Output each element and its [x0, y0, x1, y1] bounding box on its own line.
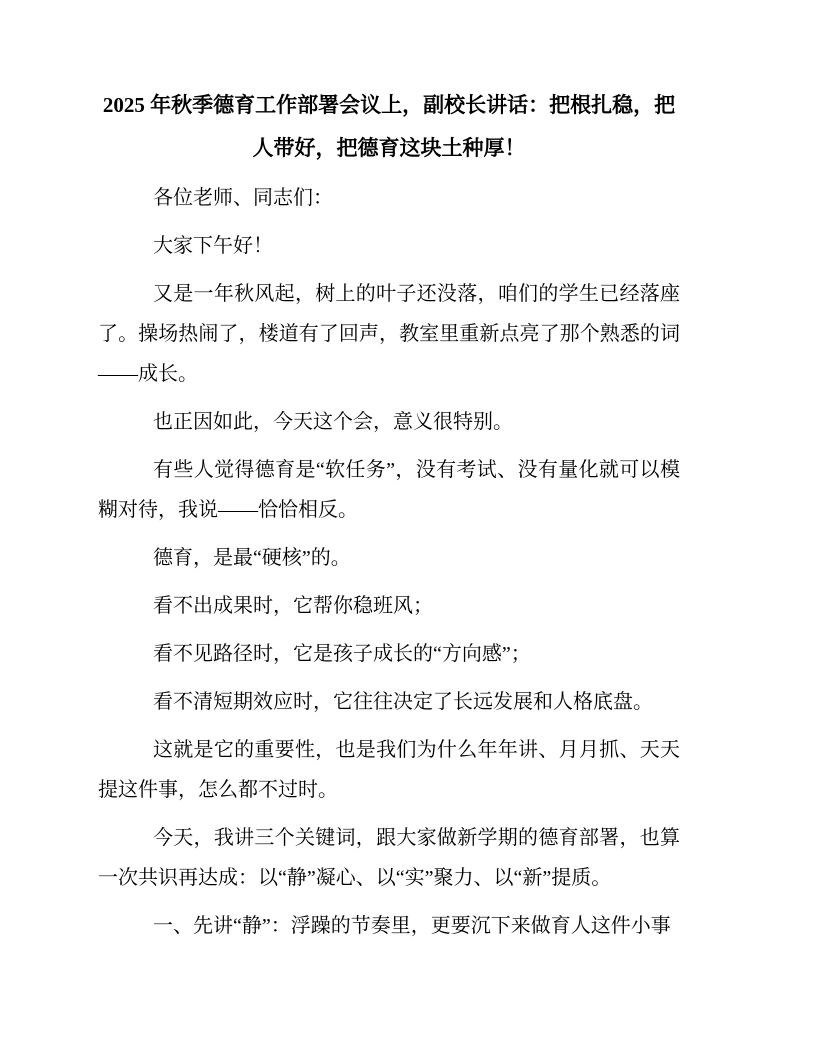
paragraph-salutation: 各位老师、同志们： [98, 178, 680, 218]
paragraph: 看不见路径时，它是孩子成长的“方向感”； [98, 634, 680, 674]
paragraph: 今天，我讲三个关键词，跟大家做新学期的德育部署，也算一次共识再达成：以“静”凝心… [98, 818, 680, 898]
paragraph: 这就是它的重要性，也是我们为什么年年讲、月月抓、天天提这件事，怎么都不过时。 [98, 730, 680, 810]
paragraph-greeting: 大家下午好！ [98, 226, 680, 266]
paragraph: 德育，是最“硬核”的。 [98, 538, 680, 578]
paragraph: 又是一年秋风起，树上的叶子还没落，咱们的学生已经落座了。操场热闹了，楼道有了回声… [98, 274, 680, 394]
document-content: 2025 年秋季德育工作部署会议上，副校长讲话：把根扎稳，把人带好，把德育这块土… [0, 0, 816, 946]
section-heading: 一、先讲“静”：浮躁的节奏里，更要沉下来做育人这件小事 [98, 906, 680, 946]
paragraph: 看不出成果时，它帮你稳班风； [98, 586, 680, 626]
paragraph: 也正因如此，今天这个会，意义很特别。 [98, 402, 680, 442]
paragraph: 有些人觉得德育是“软任务”，没有考试、没有量化就可以模糊对待，我说——恰恰相反。 [98, 450, 680, 530]
document-title: 2025 年秋季德育工作部署会议上，副校长讲话：把根扎稳，把人带好，把德育这块土… [98, 84, 680, 170]
document-page: 2025 年秋季德育工作部署会议上，副校长讲话：把根扎稳，把人带好，把德育这块土… [0, 0, 816, 1056]
paragraph: 看不清短期效应时，它往往决定了长远发展和人格底盘。 [98, 682, 680, 722]
